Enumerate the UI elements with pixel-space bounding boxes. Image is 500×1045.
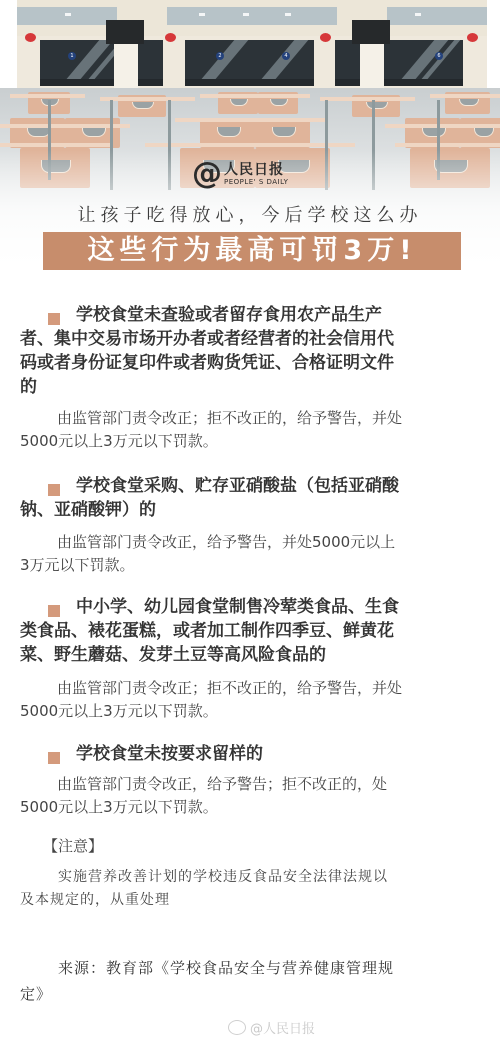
speaker-box	[106, 20, 144, 44]
logo-name-cn: 人民日报	[224, 162, 288, 178]
note-heading: 【注意】	[43, 835, 103, 856]
item-penalty: 由监管部门责令改正；拒不改正的，给予警告，并处5000元以上3万元以下罚款。	[20, 407, 402, 453]
item-penalty: 由监管部门责令改正；拒不改正的，给予警告，并处5000元以上3万元以下罚款。	[20, 677, 402, 723]
ceiling-light	[199, 13, 205, 16]
logo-name-en: PEOPLE' S DAILY	[224, 178, 288, 187]
item-penalty: 由监管部门责令改正，给予警告；拒不改正的，处5000元以上3万元以下罚款。	[20, 773, 402, 819]
ceiling-panel	[17, 7, 117, 25]
table	[175, 118, 325, 122]
red-lantern-icon	[320, 33, 331, 42]
at-icon: @	[192, 159, 222, 189]
table	[0, 143, 110, 147]
table	[430, 94, 500, 98]
ceiling-light	[65, 13, 71, 16]
item-title: 学校食堂未查验或者留存食用农产品生产者、集中交易市场开办者或者经营者的社会信用代…	[20, 303, 402, 399]
subtitle: 让孩子吃得放心，今后学校这么办	[0, 201, 500, 227]
red-lantern-icon	[467, 33, 478, 42]
weibo-watermark: @人民日报	[228, 1018, 315, 1037]
note-body: 实施营养改善计划的学校违反食品安全法律法规以及本规定的，从重处理	[20, 866, 402, 912]
ceiling-light	[243, 13, 249, 16]
table	[10, 94, 85, 98]
window-sill	[335, 79, 463, 86]
hero-illustration: 1 2 4 6	[0, 0, 500, 285]
table	[100, 97, 195, 101]
source-citation: 来源：教育部《学校食品安全与营养健康管理规定》	[20, 955, 402, 1007]
ceiling-panel	[167, 7, 337, 25]
table	[145, 143, 355, 147]
table	[200, 94, 310, 98]
speaker-box	[352, 20, 390, 44]
window: 6	[335, 40, 463, 86]
ceiling	[17, 0, 487, 36]
table	[320, 97, 415, 101]
weibo-icon	[228, 1020, 246, 1035]
logo-text: 人民日报 PEOPLE' S DAILY	[224, 162, 288, 187]
table	[395, 143, 500, 147]
item-title: 中小学、幼儿园食堂制售冷荤类食品、生食类食品、裱花蛋糕，或者加工制作四季豆、鲜黄…	[20, 595, 402, 667]
headline-banner: 这些行为最高可罚3万!	[43, 232, 461, 270]
window-number: 1	[68, 52, 76, 60]
ceiling-panel	[387, 7, 487, 25]
ceiling-light	[415, 13, 421, 16]
window-sill	[185, 79, 314, 86]
item-title: 学校食堂未按要求留样的	[20, 742, 402, 766]
window-number: 6	[435, 52, 443, 60]
window: 1	[40, 40, 163, 86]
red-lantern-icon	[165, 33, 176, 42]
table	[385, 124, 500, 128]
watermark-text: @人民日报	[250, 1018, 315, 1037]
ceiling-light	[285, 13, 291, 16]
item-penalty: 由监管部门责令改正，给予警告，并处5000元以上3万元以下罚款。	[20, 531, 402, 577]
red-lantern-icon	[25, 33, 36, 42]
window-number: 2	[216, 52, 224, 60]
window: 2 4	[185, 40, 314, 86]
item-title: 学校食堂采购、贮存亚硝酸盐（包括亚硝酸钠、亚硝酸钾）的	[20, 474, 402, 522]
window-sill	[40, 79, 163, 86]
peoples-daily-logo: @ 人民日报 PEOPLE' S DAILY	[192, 155, 288, 193]
window-number: 4	[282, 52, 290, 60]
